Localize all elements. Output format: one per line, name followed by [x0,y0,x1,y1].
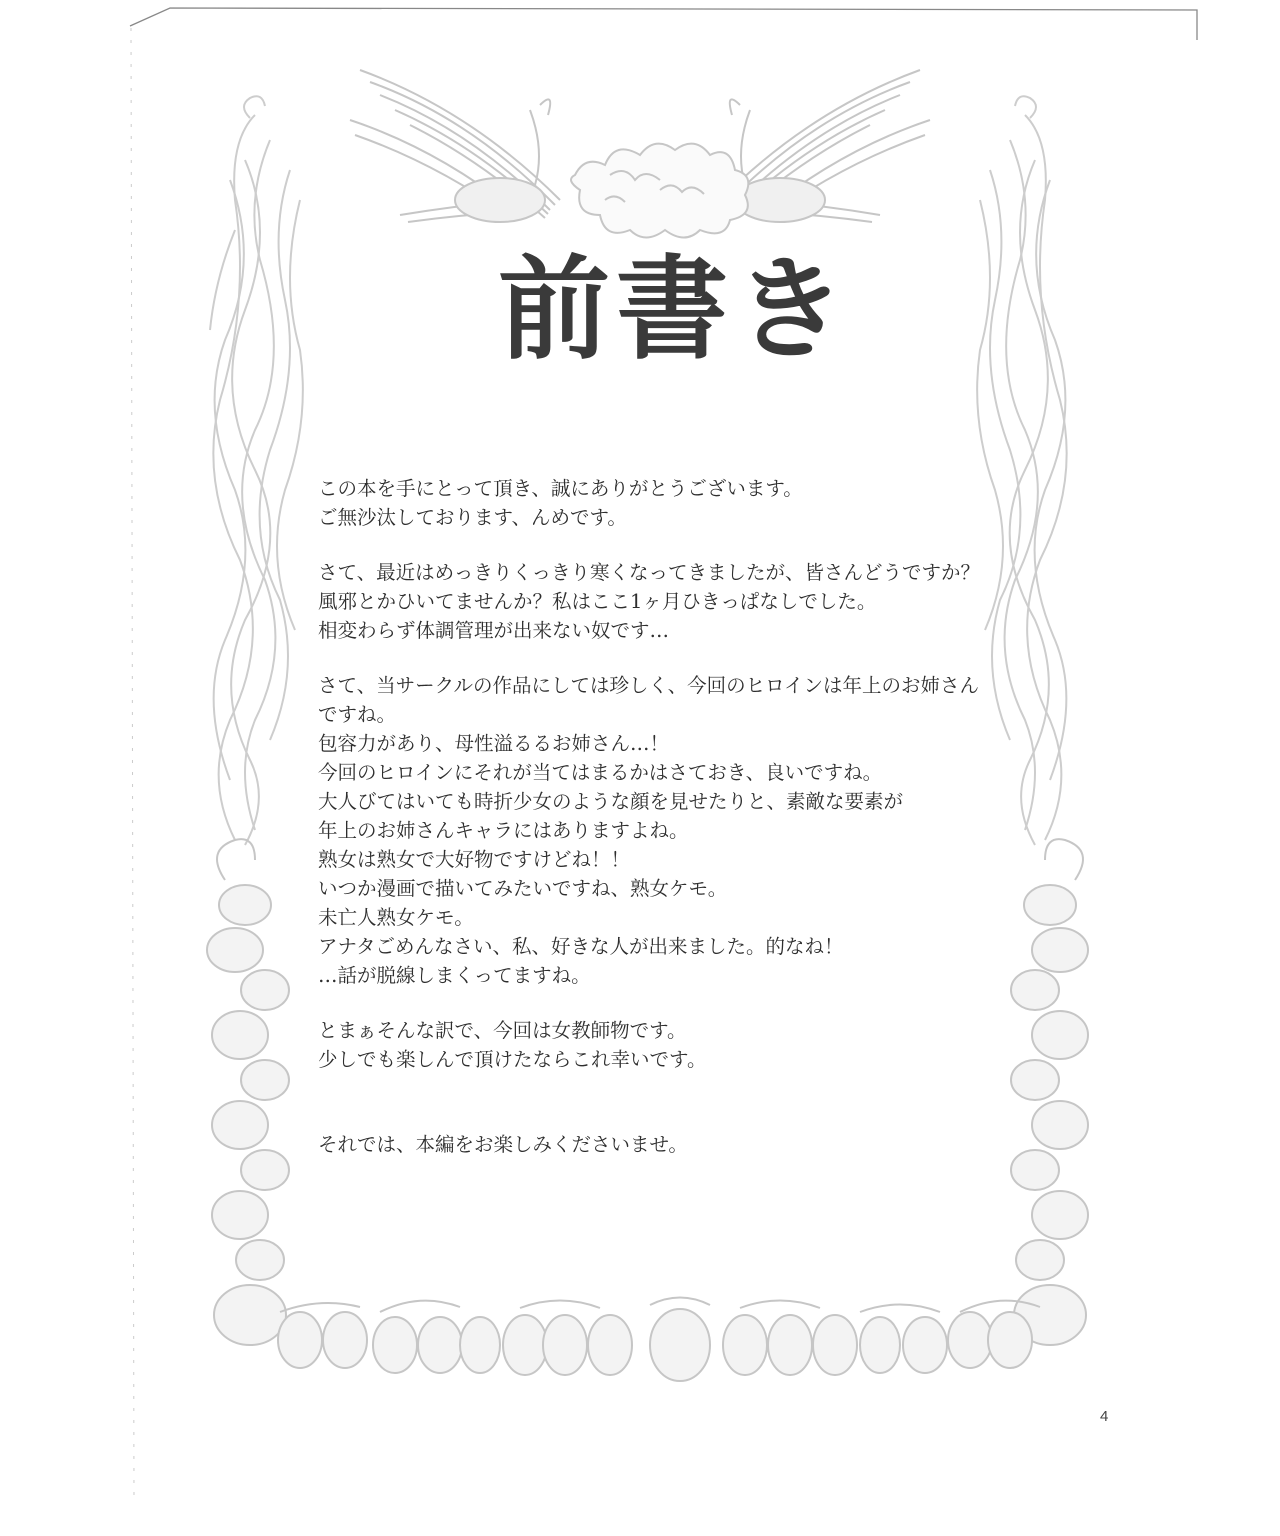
foreword-body: この本を手にとって頂き、誠にありがとうございます。 ご無沙汰しております、んめで… [318,474,1078,1159]
left-phoenix-icon [350,70,560,222]
right-phoenix-icon [720,70,930,222]
text-line: 熟女は熟女で大好物ですけどね！！ [318,845,1078,874]
text-line: さて、当サークルの作品にしては珍しく、今回のヒロインは年上のお姉さん [318,671,1078,700]
text-line: ご無沙汰しております、んめです。 [318,503,1078,532]
text-line: それでは、本編をお楽しみくださいませ。 [318,1130,1078,1159]
text-line: アナタごめんなさい、私、好きな人が出来ました。的なね！ [318,932,1078,961]
paragraph: それでは、本編をお楽しみくださいませ。 [318,1130,1078,1159]
bottom-garland-icon [278,1298,1040,1382]
text-line: 年上のお姉さんキャラにはありますよね。 [318,816,1078,845]
page-title: 前書き [498,245,878,375]
text-line: 風邪とかひいてませんか？私はここ1ヶ月ひきっぱなしでした。 [318,587,1078,616]
text-line: いつか漫画で描いてみたいですね、熟女ケモ。 [318,874,1078,903]
paragraph: この本を手にとって頂き、誠にありがとうございます。 ご無沙汰しております、んめで… [318,474,1078,532]
paragraph: さて、当サークルの作品にしては珍しく、今回のヒロインは年上のお姉さん ですね。 … [318,671,1078,990]
text-line: 未亡人熟女ケモ。 [318,903,1078,932]
left-flower-column-icon [207,839,289,1345]
text-line: 相変わらず体調管理が出来ない奴です… [318,616,1078,645]
text-line: ですね。 [318,700,1078,729]
cloud-ornament-icon [571,144,748,238]
left-vine-column-icon [210,96,303,845]
text-line: 大人びてはいても時折少女のような顔を見せたりと、素敵な要素が [318,787,1078,816]
paragraph: さて、最近はめっきりくっきり寒くなってきましたが、皆さんどうですか？ 風邪とかひ… [318,558,1078,645]
text-line: 少しでも楽しんで頂けたならこれ幸いです。 [318,1045,1078,1074]
text-line: さて、最近はめっきりくっきり寒くなってきましたが、皆さんどうですか？ [318,558,1078,587]
text-line: とまぁそんな訳で、今回は女教師物です。 [318,1016,1078,1045]
text-line: この本を手にとって頂き、誠にありがとうございます。 [318,474,1078,503]
text-line: 今回のヒロインにそれが当てはまるかはさておき、良いですね。 [318,758,1078,787]
page-number: 4 [1100,1408,1108,1425]
paragraph: とまぁそんな訳で、今回は女教師物です。 少しでも楽しんで頂けたならこれ幸いです。 [318,1016,1078,1074]
text-line: 包容力があり、母性溢るるお姉さん…！ [318,729,1078,758]
text-line: …話が脱線しまくってますね。 [318,961,1078,990]
